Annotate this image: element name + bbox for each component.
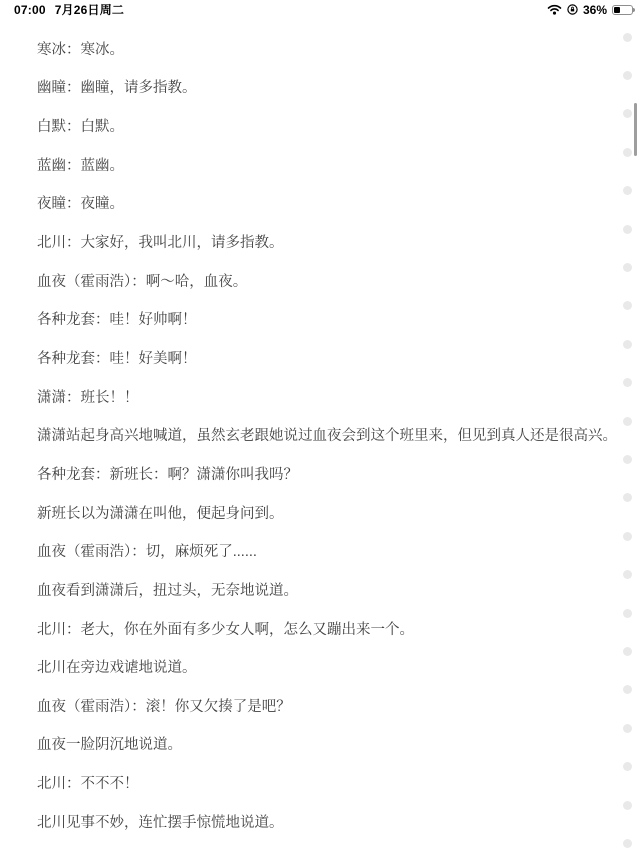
paragraph: 各种龙套：哇！好美啊！ — [37, 340, 640, 379]
paragraph: 北川：不不不！ — [37, 765, 640, 804]
paragraph: 各种龙套：哇！好帅啊！ — [37, 301, 640, 340]
status-bar-right: 36% — [547, 3, 635, 17]
status-bar-left: 07:00 7月26日周二 — [14, 1, 124, 18]
rail-dot — [623, 33, 632, 42]
paragraph: 夜瞳：夜瞳。 — [37, 185, 640, 224]
clock-time: 07:00 — [14, 3, 46, 17]
rail-dot — [623, 839, 632, 848]
paragraph: 蓝幽：蓝幽。 — [37, 147, 640, 186]
rail-dot — [623, 225, 632, 234]
paragraph: 北川见事不妙，连忙摆手惊慌地说道。 — [37, 804, 640, 843]
rail-dot — [623, 301, 632, 310]
rail-dot — [623, 570, 632, 579]
paragraph: 新班长以为潇潇在叫他，便起身问到。 — [37, 495, 640, 534]
paragraph: 北川：大家好，我叫北川，请多指教。 — [37, 224, 640, 263]
rail-dot — [623, 685, 632, 694]
paragraph: 血夜（霍雨浩）：滚！你又欠揍了是吧？ — [37, 688, 640, 727]
novel-text-area: 接下来其他人也开始自我介绍道。寒冰：寒冰。幽瞳：幽瞳，请多指教。白默：白默。蓝幽… — [0, 0, 640, 842]
rail-dot — [623, 378, 632, 387]
paragraph: 血夜（霍雨浩）：啊～哈，血夜。 — [37, 263, 640, 302]
paragraph: 各种龙套：新班长：啊？潇潇你叫我吗？ — [37, 456, 640, 495]
paragraph: 血夜看到潇潇后，扭过头，无奈地说道。 — [37, 572, 640, 611]
rail-dot — [623, 71, 632, 80]
paragraph: 北川在旁边戏谑地说道。 — [37, 649, 640, 688]
rail-dot — [623, 263, 632, 272]
rail-dot — [623, 186, 632, 195]
date-label: 7月26日周二 — [55, 1, 124, 18]
wifi-icon — [547, 4, 562, 15]
rail-dot — [623, 647, 632, 656]
paragraph: 白默：白默。 — [37, 108, 640, 147]
status-bar: 07:00 7月26日周二 36% — [0, 0, 640, 17]
rail-dot — [623, 762, 632, 771]
paragraph: 潇潇：班长！！ — [37, 379, 640, 418]
battery-nub — [633, 8, 635, 12]
scrollbar-thumb[interactable] — [634, 103, 637, 156]
rail-dot — [623, 455, 632, 464]
paragraph: 寒冰：寒冰。 — [37, 31, 640, 70]
rotation-lock-icon — [567, 4, 578, 15]
rail-dot — [623, 801, 632, 810]
rail-dot — [623, 724, 632, 733]
rail-dot — [623, 340, 632, 349]
paragraph: 北川：老大，你在外面有多少女人啊，怎么又蹦出来一个。 — [37, 611, 640, 650]
rail-dot — [623, 609, 632, 618]
rail-dot — [623, 532, 632, 541]
paragraph: 潇潇站起身高兴地喊道，虽然玄老跟她说过血夜会到这个班里来，但见到真人还是很高兴。 — [37, 417, 640, 456]
right-rail — [620, 0, 640, 853]
battery-percent-label: 36% — [583, 3, 607, 17]
paragraph: 血夜（霍雨浩）：切，麻烦死了...... — [37, 533, 640, 572]
rail-dot — [623, 109, 632, 118]
battery-icon — [612, 5, 633, 15]
rail-dot — [623, 417, 632, 426]
paragraph-list: 接下来其他人也开始自我介绍道。寒冰：寒冰。幽瞳：幽瞳，请多指教。白默：白默。蓝幽… — [37, 0, 640, 842]
tablet-screen: 接下来其他人也开始自我介绍道。寒冰：寒冰。幽瞳：幽瞳，请多指教。白默：白默。蓝幽… — [0, 0, 640, 853]
rail-dot — [623, 493, 632, 502]
rail-dot — [623, 148, 632, 157]
paragraph: 幽瞳：幽瞳，请多指教。 — [37, 69, 640, 108]
paragraph: 血夜一脸阴沉地说道。 — [37, 726, 640, 765]
battery-fill — [614, 7, 620, 13]
